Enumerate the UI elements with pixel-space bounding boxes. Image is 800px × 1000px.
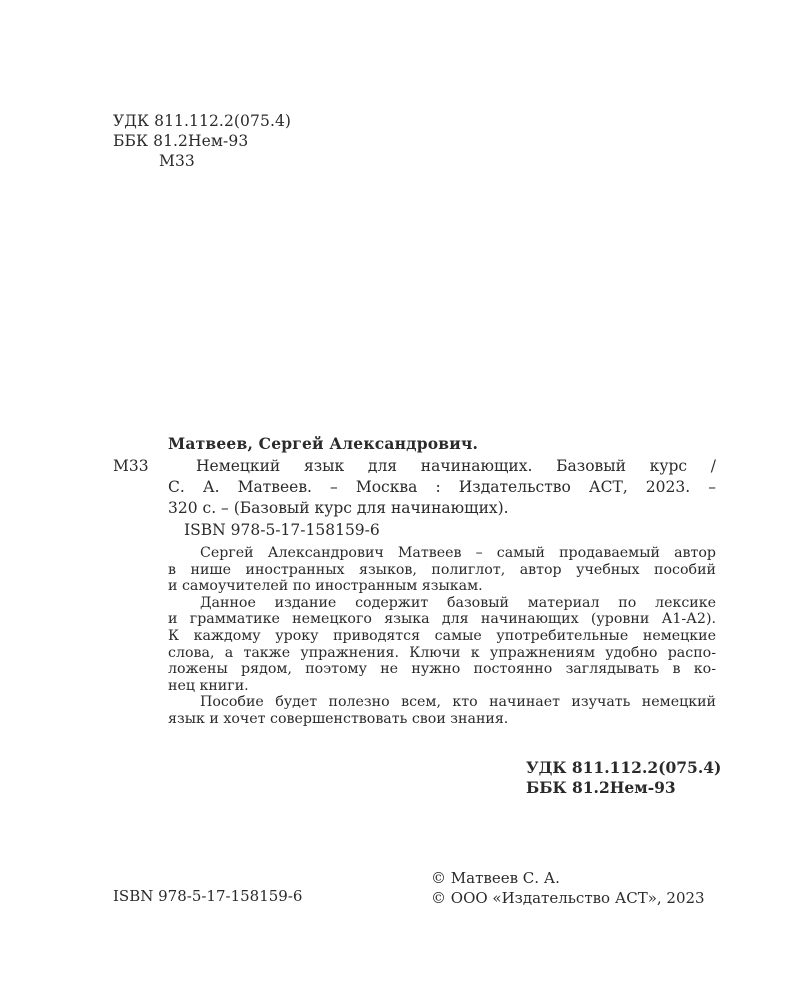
annotation: Сергей Александрович Матвеев – самый про… (168, 545, 716, 728)
annotation-line: и самоучителей по иностранным языкам. (168, 578, 716, 595)
bottom-classification-codes: УДК 811.112.2(075.4) ББК 81.2Нем-93 (526, 758, 721, 798)
catalog-isbn: ISBN 978-5-17-158159-6 (184, 520, 380, 540)
top-classification-codes: УДК 811.112.2(075.4) ББК 81.2Нем-93 М33 (113, 111, 291, 171)
catalog-description-line: 320 с. – (Базовый курс для начинающих). (168, 498, 716, 519)
bbk-code: ББК 81.2Нем-93 (113, 131, 291, 151)
footer-isbn: ISBN 978-5-17-158159-6 (113, 886, 302, 906)
udk-code: УДК 811.112.2(075.4) (113, 111, 291, 131)
annotation-line: и грамматике немецкого языка для начинаю… (168, 611, 716, 628)
author-mark: М33 (113, 151, 291, 171)
annotation-paragraph: Данное издание содержит базовый материал… (168, 595, 716, 695)
imprint-page: УДК 811.112.2(075.4) ББК 81.2Нем-93 М33 … (0, 0, 800, 1000)
catalog-description-line: С. А. Матвеев. – Москва : Издательство А… (168, 477, 716, 498)
bottom-udk-code: УДК 811.112.2(075.4) (526, 758, 721, 778)
annotation-line: в нише иностранных языков, полиглот, авт… (168, 562, 716, 579)
catalog-description-line: Немецкий язык для начинающих. Базовый ку… (168, 456, 716, 477)
copyright-publisher: © ООО «Издательство АСТ», 2023 (431, 888, 705, 908)
annotation-line: язык и хочет совершенствовать свои знани… (168, 711, 716, 728)
catalog-author-mark: М33 (113, 456, 149, 476)
bottom-bbk-code: ББК 81.2Нем-93 (526, 778, 721, 798)
annotation-line: нец книги. (168, 678, 716, 695)
annotation-line: ложены рядом, поэтому не нужно постоянно… (168, 661, 716, 678)
catalog-description: Немецкий язык для начинающих. Базовый ку… (168, 456, 716, 519)
annotation-line: Данное издание содержит базовый материал… (168, 595, 716, 612)
catalog-author-heading: Матвеев, Сергей Александрович. (168, 434, 478, 454)
annotation-paragraph: Сергей Александрович Матвеев – самый про… (168, 545, 716, 595)
annotation-paragraph: Пособие будет полезно всем, кто начинает… (168, 694, 716, 727)
annotation-line: Пособие будет полезно всем, кто начинает… (168, 694, 716, 711)
copyright-author: © Матвеев С. А. (431, 868, 705, 888)
copyright-block: © Матвеев С. А. © ООО «Издательство АСТ»… (431, 868, 705, 908)
annotation-line: К каждому уроку приводятся самые употреб… (168, 628, 716, 645)
annotation-line: Сергей Александрович Матвеев – самый про… (168, 545, 716, 562)
annotation-line: слова, а также упражнения. Ключи к упраж… (168, 645, 716, 662)
